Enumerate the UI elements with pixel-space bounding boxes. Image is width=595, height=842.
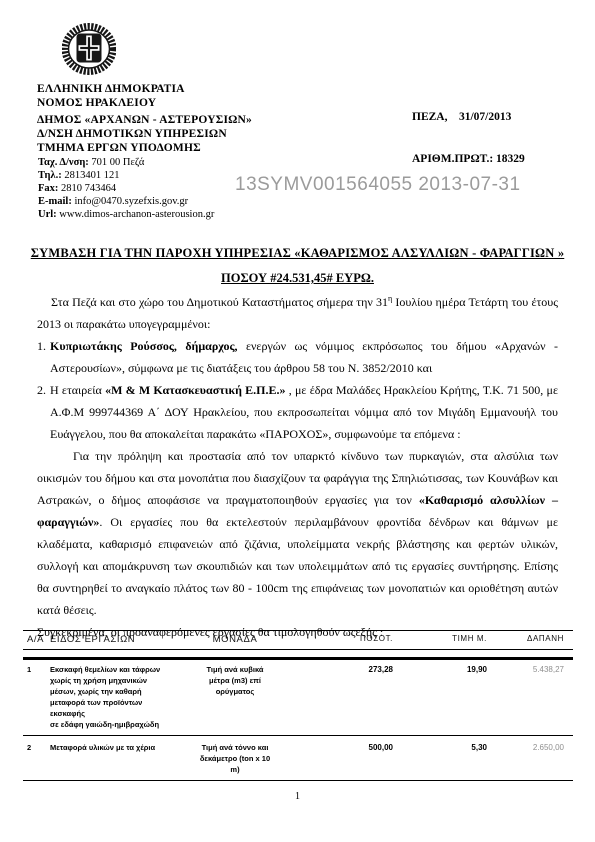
contact-row-address: Ταχ. Δ/νση: 701 00 Πεζά — [38, 156, 214, 169]
contact-label: E-mail: — [38, 196, 72, 207]
cell-work: Εκσκαφή θεμελίων και τάφρων χωρίς τη χρή… — [50, 664, 180, 730]
header-cell-qty: ΠΟΣΟΤ. — [290, 634, 393, 645]
cell-cost: 2.650,00 — [487, 742, 564, 775]
cell-aa: 2 — [23, 742, 50, 775]
cell-work: Μεταφορά υλικών με τα χέρια — [50, 742, 180, 775]
cell-cost: 5.438,27 — [487, 664, 564, 730]
header-line-department: ΤΜΗΜΑ ΕΡΓΩΝ ΥΠΟΔΟΜΗΣ — [37, 141, 252, 155]
header-cell-unit-price: ΤΙΜΗ Μ. — [393, 634, 487, 645]
contact-value: info@0470.syzefxis.gov.gr — [72, 196, 188, 207]
document-page: ΕΛΛΗΝΙΚΗ ΔΗΜΟΚΡΑΤΙΑ ΝΟΜΟΣ ΗΡΑΚΛΕΙΟΥ ΔΗΜΟ… — [0, 0, 595, 842]
place-date: ΠΕΖΑ, 31/07/2013 — [412, 110, 525, 124]
header-cell-work: ΕΙΔΟΣ ΕΡΓΑΣΙΩΝ — [50, 634, 180, 645]
header-cell-unit: ΜΟΝΑΔΑ — [180, 634, 290, 645]
table-row-1: 1 Εκσκαφή θεμελίων και τάφρων χωρίς τη χ… — [23, 660, 573, 736]
header-cell-aa: Α/Α — [23, 634, 50, 645]
mayor-name: Κυπριωτάκης Ρούσσος, δήμαρχος, — [50, 339, 238, 353]
contact-row-phone: Τηλ.: 2813401 121 — [38, 169, 214, 182]
header-line-directorate: Δ/ΝΣΗ ΔΗΜΟΤΙΚΩΝ ΥΠΗΡΕΣΙΩΝ — [37, 127, 252, 141]
greek-national-emblem-icon — [62, 23, 116, 77]
cell-unit: Τιμή ανά κυβικά μέτρα (m3) επί ορύγματος — [180, 664, 290, 730]
contact-row-fax: Fax: 2810 743464 — [38, 182, 214, 195]
protocol-number: ΑΡΙΘΜ.ΠΡΩΤ.: 18329 — [412, 152, 525, 166]
contact-label: Url: — [38, 209, 57, 220]
header-line-municipality: ΔΗΜΟΣ «ΑΡΧΑΝΩΝ - ΑΣΤΕΡΟΥΣΙΩΝ» — [37, 113, 252, 127]
company-name: «Μ & Μ Κατασκευαστική Ε.Π.Ε.» — [105, 383, 285, 397]
list-item-mayor: 1.Κυπριωτάκης Ρούσσος, δήμαρχος, ενεργών… — [37, 335, 558, 379]
ada-registry-stamp: 13SYMV001564055 2013-07-31 — [235, 174, 521, 196]
contact-label: Fax: — [38, 183, 58, 194]
contact-row-url: Url: www.dimos-archanon-asterousion.gr — [38, 208, 214, 221]
list-marker: 2. — [37, 379, 46, 401]
table-row-2: 2 Μεταφορά υλικών με τα χέρια Τιμή ανά τ… — [23, 736, 573, 781]
contact-value: 701 00 Πεζά — [89, 157, 145, 168]
page-number: 1 — [0, 791, 595, 802]
paragraph-intro: Στα Πεζά και στο χώρο του Δημοτικού Κατα… — [37, 291, 558, 335]
header-line-republic: ΕΛΛΗΝΙΚΗ ΔΗΜΟΚΡΑΤΙΑ — [37, 82, 252, 96]
intro-text: Στα Πεζά και στο χώρο του Δημοτικού Κατα… — [51, 295, 388, 309]
contact-value: www.dimos-archanon-asterousion.gr — [57, 209, 215, 220]
document-title: ΣΥΜΒΑΣΗ ΓΙΑ ΤΗΝ ΠΑΡΟΧΗ ΥΠΗΡΕΣΙΑΣ «ΚΑΘΑΡΙ… — [30, 246, 565, 261]
cell-unit-price: 19,90 — [393, 664, 487, 730]
cell-qty: 273,28 — [290, 664, 393, 730]
header-cell-cost: ΔΑΠΑΝΗ — [487, 634, 564, 645]
document-subtitle: ΠΟΣΟΥ #24.531,45# ΕΥΡΩ. — [30, 271, 565, 286]
contact-row-email: E-mail: info@0470.syzefxis.gov.gr — [38, 195, 214, 208]
contact-value: 2810 743464 — [58, 183, 116, 194]
list-item-text: Η εταιρεία — [50, 383, 105, 397]
contact-label: Ταχ. Δ/νση: — [38, 157, 89, 168]
paragraph-main: Για την πρόληψη και προστασία από τον υπ… — [37, 445, 558, 621]
cell-unit: Τιμή ανά τόννο και δεκάμετρο (ton x 10 m… — [180, 742, 290, 775]
works-table: Α/Α ΕΙΔΟΣ ΕΡΓΑΣΙΩΝ ΜΟΝΑΔΑ ΠΟΣΟΤ. ΤΙΜΗ Μ.… — [23, 630, 573, 781]
header-agency-block: ΕΛΛΗΝΙΚΗ ΔΗΜΟΚΡΑΤΙΑ ΝΟΜΟΣ ΗΡΑΚΛΕΙΟΥ ΔΗΜΟ… — [37, 82, 252, 155]
table-header-row: Α/Α ΕΙΔΟΣ ΕΡΓΑΣΙΩΝ ΜΟΝΑΔΑ ΠΟΣΟΤ. ΤΙΜΗ Μ.… — [23, 630, 573, 650]
cell-aa: 1 — [23, 664, 50, 730]
contact-label: Τηλ.: — [38, 170, 62, 181]
list-marker: 1. — [37, 335, 46, 357]
contact-block: Ταχ. Δ/νση: 701 00 Πεζά Τηλ.: 2813401 12… — [38, 156, 214, 221]
cell-unit-price: 5,30 — [393, 742, 487, 775]
header-line-prefecture: ΝΟΜΟΣ ΗΡΑΚΛΕΙΟΥ — [37, 96, 252, 110]
document-body: Στα Πεζά και στο χώρο του Δημοτικού Κατα… — [37, 291, 558, 643]
cell-qty: 500,00 — [290, 742, 393, 775]
list-item-company: 2.Η εταιρεία «Μ & Μ Κατασκευαστική Ε.Π.Ε… — [37, 379, 558, 445]
main-text: . Οι εργασίες που θα εκτελεστούν περιλαμ… — [37, 515, 558, 617]
contact-value: 2813401 121 — [62, 170, 120, 181]
